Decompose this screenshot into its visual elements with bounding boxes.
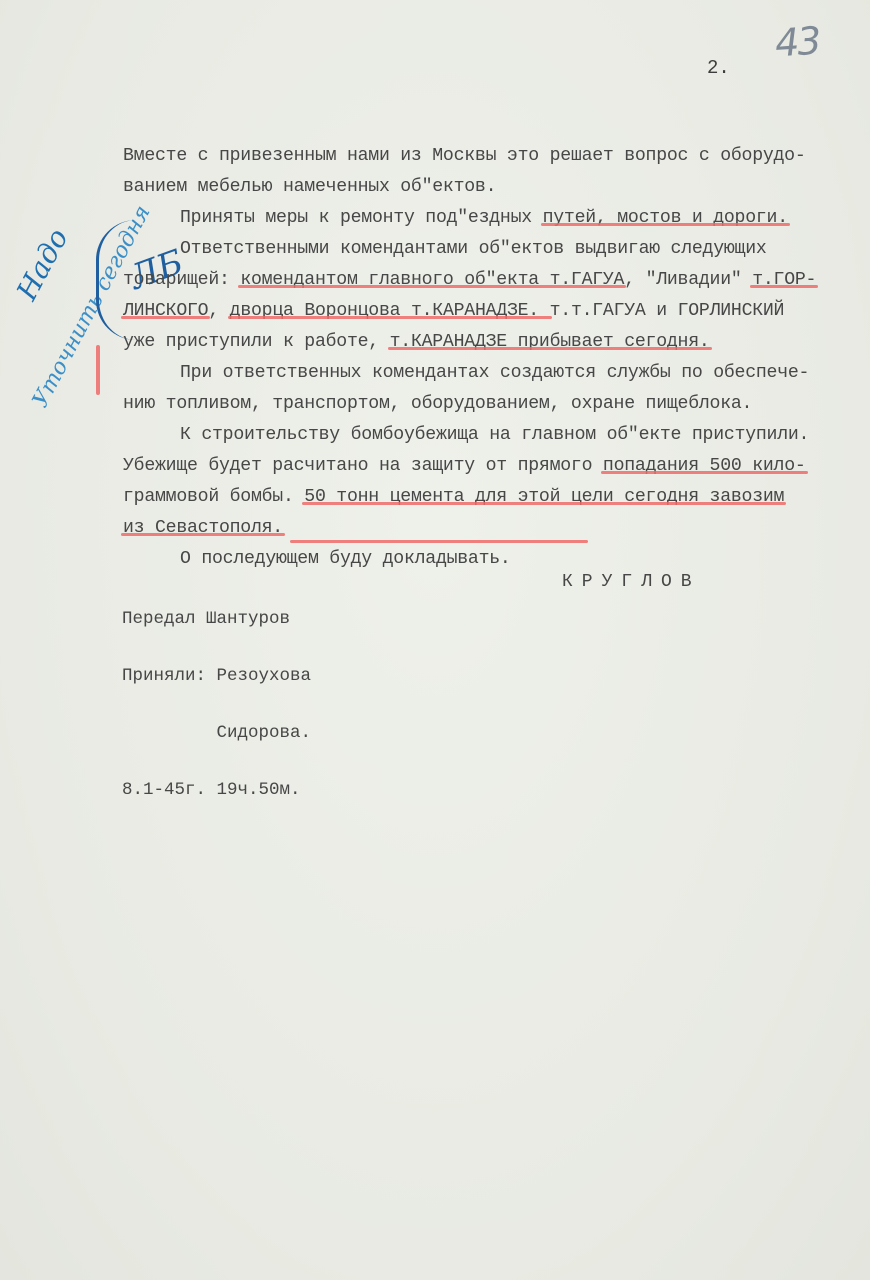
red-underline: попадания 500 кило-	[603, 456, 806, 476]
received-by: Приняли: Резоухова	[122, 667, 311, 686]
text-line: К строительству бомбоубежища на главном …	[123, 420, 853, 451]
transmission-datetime: 8.1-45г. 19ч.50м.	[122, 781, 311, 800]
red-underline: комендантом главного об"екта т.ГАГУА	[240, 270, 624, 290]
text-line-content: уже приступили к работе, т.КАРАНАДЗЕ при…	[123, 332, 710, 352]
text-line: ванием мебелью намеченных об"ектов.	[123, 172, 853, 203]
archive-page-number: 43	[774, 19, 821, 66]
text-line-content: товарищей: комендантом главного об"екта …	[123, 270, 816, 290]
red-underline: из Севастополя.	[123, 518, 283, 538]
red-underline: дворца Воронцова т.КАРАНАДЗЕ.	[230, 301, 550, 321]
transmission-info: Передал Шантуров Приняли: Резоухова Сидо…	[122, 572, 311, 838]
text-line: товарищей: комендантом главного об"екта …	[123, 265, 853, 296]
red-underline: т.КАРАНАДЗЕ прибывает сегодня.	[390, 332, 710, 352]
text-line: Ответственными комендантами об"ектов выд…	[123, 234, 853, 265]
document-page: 43 2. Надо Уточнить сегодня ЛБ Вместе с …	[0, 0, 870, 1280]
transmitted-by: Передал Шантуров	[122, 610, 311, 629]
page-number: 2.	[707, 57, 730, 79]
text-line: нию топливом, транспортом, оборудованием…	[123, 389, 853, 420]
handwritten-note: Надо	[10, 223, 75, 305]
text-line-content: Убежище будет расчитано на защиту от пря…	[123, 456, 806, 476]
red-underline-icon	[290, 540, 588, 543]
text-line: граммовой бомбы. 50 тонн цемента для это…	[123, 482, 853, 513]
text-line: ЛИНСКОГО, дворца Воронцова т.КАРАНАДЗЕ. …	[123, 296, 853, 327]
text-line-content: ЛИНСКОГО, дворца Воронцова т.КАРАНАДЗЕ. …	[123, 301, 784, 321]
text-line: Приняты меры к ремонту под"ездных путей,…	[123, 203, 853, 234]
text-line-content: граммовой бомбы. 50 тонн цемента для это…	[123, 487, 784, 507]
text-line: При ответственных комендантах создаются …	[123, 358, 853, 389]
text-line-content: Приняты меры к ремонту под"ездных путей,…	[180, 208, 788, 228]
red-underline: ЛИНСКОГО	[123, 301, 208, 321]
red-underline: 50 тонн цемента для этой цели сегодня за…	[304, 487, 784, 507]
received-by-second: Сидорова.	[122, 724, 311, 743]
text-line: Вместе с привезенным нами из Москвы это …	[123, 141, 853, 172]
text-line-content: О последующем буду докладывать.	[180, 549, 511, 569]
text-line-content: из Севастополя.	[123, 518, 283, 538]
text-line: уже приступили к работе, т.КАРАНАДЗЕ при…	[123, 327, 853, 358]
red-underline: путей, мостов и дороги.	[543, 208, 788, 228]
red-pencil-mark-icon	[96, 345, 100, 395]
red-underline: т.ГОР-	[752, 270, 816, 290]
text-line: Убежище будет расчитано на защиту от пря…	[123, 451, 853, 482]
document-body: Вместе с привезенным нами из Москвы это …	[123, 141, 853, 575]
text-line: О последующем буду докладывать.	[123, 544, 853, 575]
author-signature: КРУГЛОВ	[562, 572, 701, 592]
